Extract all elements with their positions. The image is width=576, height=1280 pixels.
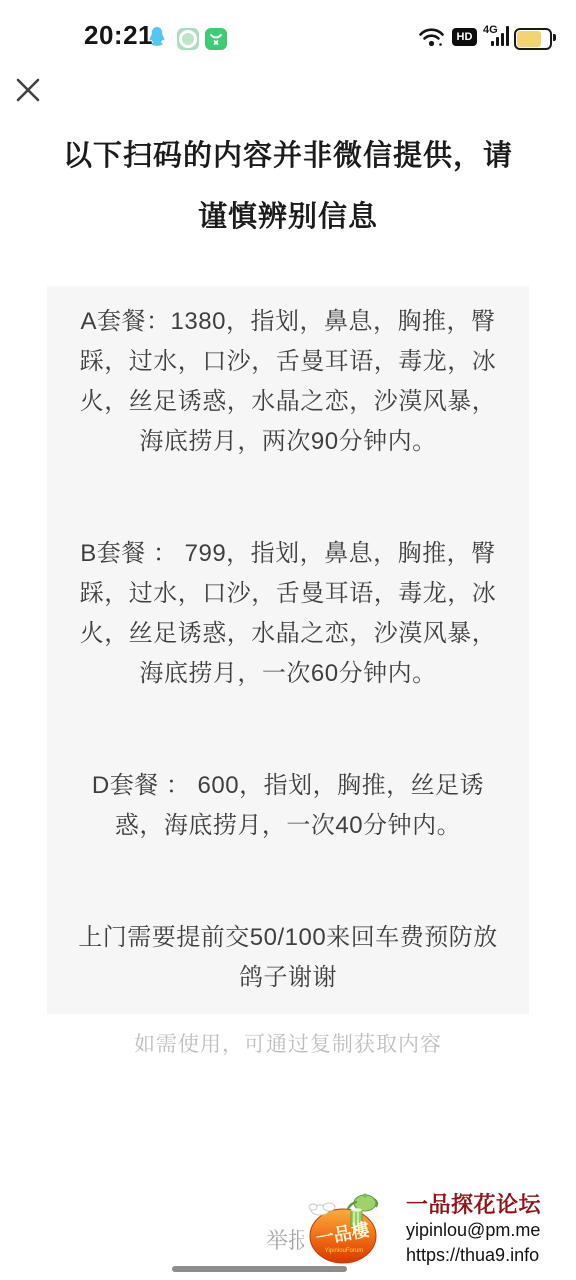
forum-name: 一品探花论坛 [406,1192,556,1218]
clock-time: 20:21 [84,20,153,51]
screen-record-icon [177,28,199,50]
scanned-content-box: A套餐：1380，指划，鼻息，胸推，臀踩，过水，口沙，舌曼耳语，毒龙，冰火，丝足… [47,286,529,1014]
logo-sub-text: YipinlouForum [325,1248,363,1254]
close-icon[interactable] [14,76,42,104]
package-d-text: D套餐 ： 600，指划，胸推，丝足诱惑，海底捞月，一次40分钟内。 [78,766,498,846]
qq-icon [146,27,168,50]
phone-screen: 20:21 HD 4G [0,0,576,1280]
forum-url: https://thua9.info [406,1243,556,1268]
forum-email: yipinlou@pm.me [406,1218,556,1243]
hd-voice-badge: HD [452,28,477,46]
scan-warning-line2: 谨慎辨别信息 [0,187,576,248]
scan-warning-title: 以下扫码的内容并非微信提供，请 谨慎辨别信息 [0,126,576,248]
battery-icon [514,28,552,50]
cellular-signal-icon: 4G [483,25,509,46]
package-a-text: A套餐：1380，指划，鼻息，胸推，臀踩，过水，口沙，舌曼耳语，毒龙，冰火，丝足… [78,302,498,462]
teapot-icon [348,1194,377,1212]
deposit-note-text: 上门需要提前交50/100来回车费预防放鸽子谢谢 [78,918,498,998]
battery-fill [517,31,541,47]
green-app-icon [205,28,227,50]
yipinlou-logo: 一品樓 YipinlouForum [304,1190,382,1268]
wifi-icon [418,26,445,48]
scan-warning-line1: 以下扫码的内容并非微信提供，请 [0,126,576,187]
status-bar: 20:21 HD 4G [0,0,576,60]
forum-info: 一品探花论坛 yipinlou@pm.me https://thua9.info [406,1192,556,1268]
home-indicator-bar[interactable] [172,1266,347,1272]
package-b-text: B套餐 ： 799，指划，鼻息，胸推，臀踩，过水，口沙，舌曼耳语，毒龙，冰火，丝… [78,534,498,694]
copy-hint-text: 如需使用，可通过复制获取内容 [0,1028,576,1058]
signal-bars [491,26,509,46]
